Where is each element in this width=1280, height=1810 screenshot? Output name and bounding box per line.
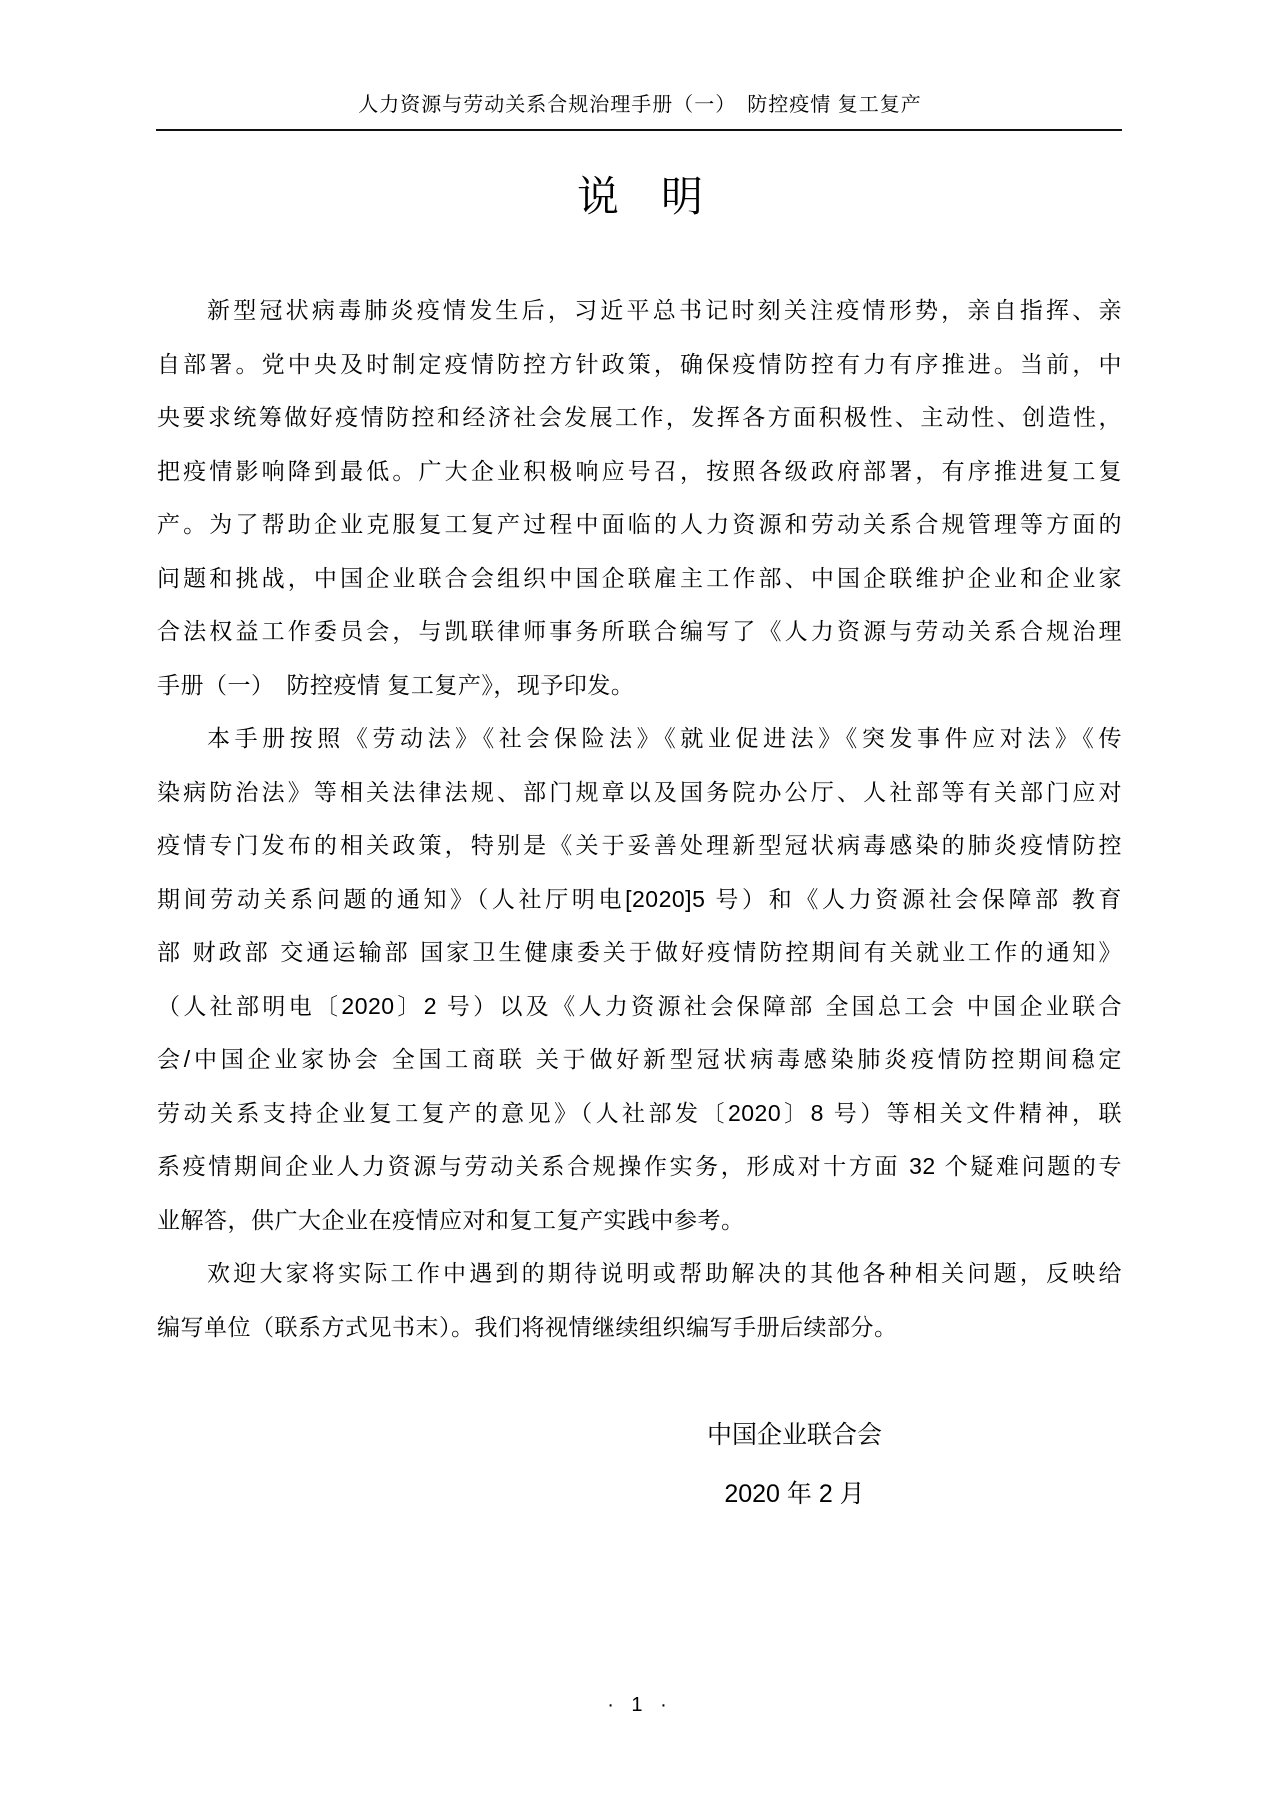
body-line: 期间劳动关系问题的通知》（人社厅明电[2020]5 号）和《人力资源社会保障部 … <box>157 873 1122 927</box>
body-line: 系疫情期间企业人力资源与劳动关系合规操作实务，形成对十方面 32 个疑难问题的专 <box>157 1140 1122 1194</box>
header-rule <box>156 129 1122 131</box>
signature-date: 2020 年 2 月 <box>467 1467 1122 1526</box>
body-line: 疫情专门发布的相关政策，特别是《关于妥善处理新型冠状病毒感染的肺炎疫情防控 <box>157 819 1122 873</box>
body-line: 问题和挑战，中国企业联合会组织中国企联雇主工作部、中国企联维护企业和企业家 <box>157 552 1122 606</box>
body-line: 劳动关系支持企业复工复产的意见》（人社部发〔2020〕8 号）等相关文件精神，联 <box>157 1087 1122 1141</box>
signature-org: 中国企业联合会 <box>467 1408 1122 1467</box>
body-line: 会/中国企业家协会 全国工商联 关于做好新型冠状病毒感染肺炎疫情防控期间稳定 <box>157 1033 1122 1087</box>
body-line: 把疫情影响降到最低。广大企业积极响应号召，按照各级政府部署，有序推进复工复 <box>157 445 1122 499</box>
body-line: 产。为了帮助企业克服复工复产过程中面临的人力资源和劳动关系合规管理等方面的 <box>157 498 1122 552</box>
signature-block: 中国企业联合会 2020 年 2 月 <box>467 1408 1122 1526</box>
running-header: 人力资源与劳动关系合规治理手册（一） 防控疫情 复工复产 <box>0 90 1280 120</box>
body-line: （人社部明电〔2020〕2 号）以及《人力资源社会保障部 全国总工会 中国企业联… <box>157 980 1122 1034</box>
body-line: 业解答，供广大企业在疫情应对和复工复产实践中参考。 <box>157 1194 1122 1248</box>
body-line: 自部署。党中央及时制定疫情防控方针政策，确保疫情防控有力有序推进。当前，中 <box>157 338 1122 392</box>
page-title: 说 明 <box>0 172 1280 224</box>
body-line: 部 财政部 交通运输部 国家卫生健康委关于做好疫情防控期间有关就业工作的通知》 <box>157 926 1122 980</box>
document-page: 人力资源与劳动关系合规治理手册（一） 防控疫情 复工复产 说 明 新型冠状病毒肺… <box>0 0 1280 1810</box>
body-line: 编写单位（联系方式见书末）。我们将视情继续组织编写手册后续部分。 <box>157 1301 1122 1355</box>
body-line: 合法权益工作委员会，与凯联律师事务所联合编写了《人力资源与劳动关系合规治理 <box>157 605 1122 659</box>
body-text: 新型冠状病毒肺炎疫情发生后，习近平总书记时刻关注疫情形势，亲自指挥、亲 自部署。… <box>157 284 1122 1354</box>
body-line: 染病防治法》等相关法律法规、部门规章以及国务院办公厅、人社部等有关部门应对 <box>157 766 1122 820</box>
body-line: 本手册按照《劳动法》《社会保险法》《就业促进法》《突发事件应对法》《传 <box>157 712 1122 766</box>
body-line: 央要求统筹做好疫情防控和经济社会发展工作，发挥各方面积极性、主动性、创造性， <box>157 391 1122 445</box>
page-number: · 1 · <box>0 1690 1280 1720</box>
body-line: 欢迎大家将实际工作中遇到的期待说明或帮助解决的其他各种相关问题，反映给 <box>157 1247 1122 1301</box>
body-line: 新型冠状病毒肺炎疫情发生后，习近平总书记时刻关注疫情形势，亲自指挥、亲 <box>157 284 1122 338</box>
body-line: 手册（一） 防控疫情 复工复产》，现予印发。 <box>157 659 1122 713</box>
